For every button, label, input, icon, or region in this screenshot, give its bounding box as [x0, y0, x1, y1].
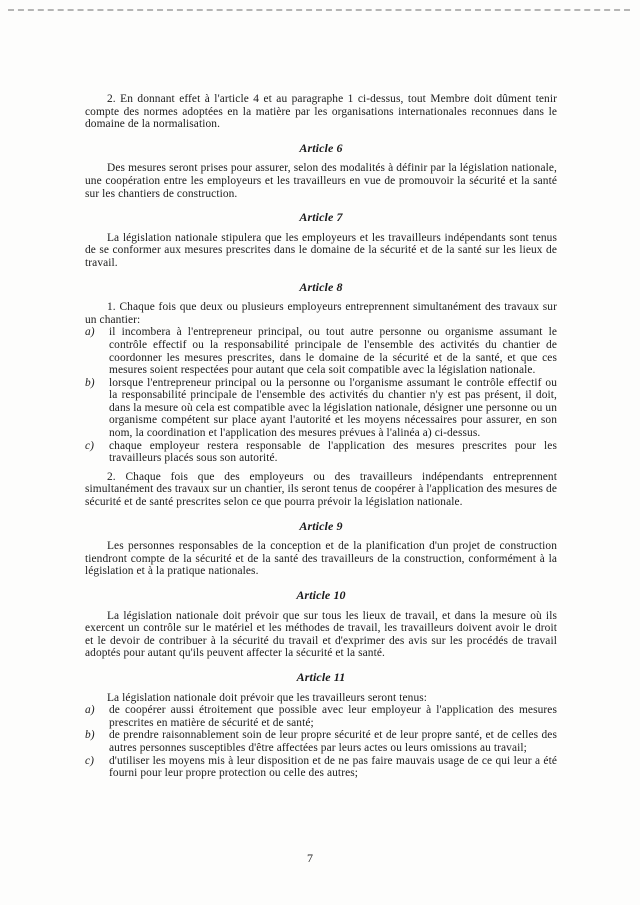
list-item-text: chaque employeur restera responsable de …: [109, 440, 557, 465]
scan-artifact-line: [8, 9, 630, 11]
list-item-label: c): [85, 440, 109, 453]
article-6-heading: Article 6: [85, 142, 557, 155]
list-item-label: b): [85, 729, 109, 742]
scanned-document-page: 2. En donnant effet à l'article 4 et au …: [0, 0, 640, 905]
article-7-paragraph: La législation nationale stipulera que l…: [85, 232, 557, 270]
article-9-paragraph: Les personnes responsables de la concept…: [85, 540, 557, 578]
article-11-heading: Article 11: [85, 671, 557, 684]
article-8-paragraph-1: 1. Chaque fois que deux ou plusieurs emp…: [85, 301, 557, 326]
list-item-text: d'utiliser les moyens mis à leur disposi…: [109, 755, 557, 780]
article-11-item-a: a) de coopérer aussi étroitement que pos…: [85, 704, 557, 729]
article-8-paragraph-2: 2. Chaque fois que des employeurs ou des…: [85, 471, 557, 509]
article-11-intro: La législation nationale doit prévoir qu…: [85, 692, 557, 705]
article-6-paragraph: Des mesures seront prises pour assurer, …: [85, 162, 557, 200]
article-11-item-b: b) de prendre raisonnablement soin de le…: [85, 729, 557, 754]
article-10-paragraph: La législation nationale doit prévoir qu…: [85, 610, 557, 660]
article-10-heading: Article 10: [85, 589, 557, 602]
article-9-heading: Article 9: [85, 520, 557, 533]
list-item-label: a): [85, 326, 109, 339]
article-5-paragraph-2: 2. En donnant effet à l'article 4 et au …: [85, 93, 557, 131]
list-item-label: b): [85, 377, 109, 390]
list-item-text: il incombera à l'entrepreneur principal,…: [109, 326, 557, 376]
list-item-label: c): [85, 755, 109, 768]
article-8-item-c: c) chaque employeur restera responsable …: [85, 440, 557, 465]
article-8-item-b: b) lorsque l'entrepreneur principal ou l…: [85, 377, 557, 440]
article-8-item-a: a) il incombera à l'entrepreneur princip…: [85, 326, 557, 376]
article-8-list: a) il incombera à l'entrepreneur princip…: [85, 326, 557, 465]
article-8-heading: Article 8: [85, 281, 557, 294]
page-content: 2. En donnant effet à l'article 4 et au …: [85, 93, 557, 780]
list-item-text: de prendre raisonnablement soin de leur …: [109, 729, 557, 754]
page-number: 7: [0, 851, 620, 866]
article-7-heading: Article 7: [85, 211, 557, 224]
list-item-label: a): [85, 704, 109, 717]
list-item-text: de coopérer aussi étroitement que possib…: [109, 704, 557, 729]
list-item-text: lorsque l'entrepreneur principal ou la p…: [109, 377, 557, 440]
article-11-list: a) de coopérer aussi étroitement que pos…: [85, 704, 557, 780]
article-11-item-c: c) d'utiliser les moyens mis à leur disp…: [85, 755, 557, 780]
